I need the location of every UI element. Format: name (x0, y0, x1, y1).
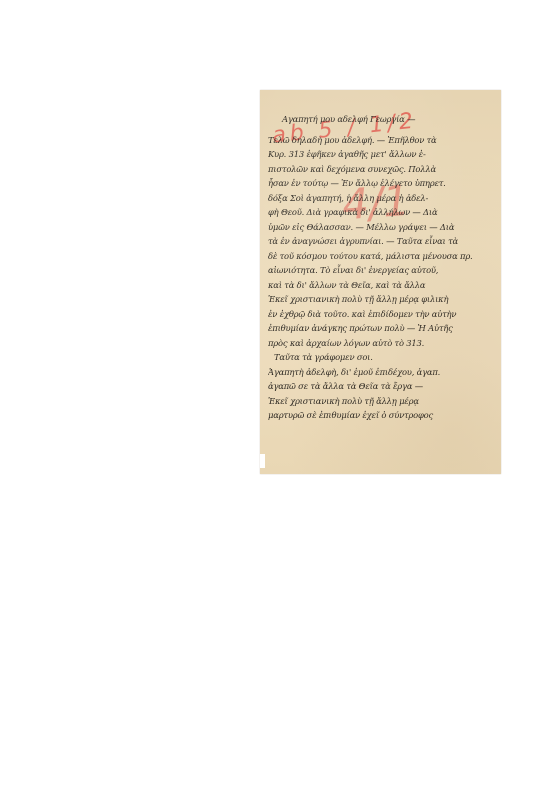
text-line: ὑμῶν εἰς Θάλασσαν. — Μέλλω γράψει — Διὰ (268, 220, 494, 235)
text-line: δὲ τοῦ κόσμου τούτου κατά, μάλιστα μένου… (268, 249, 494, 264)
text-line: καὶ τὰ δι' ἄλλων τὰ Θεῖα, καὶ τὰ ἄλλα (268, 278, 494, 293)
text-line: ἐν ἐχθρῷ διὰ τοῦτο. καὶ ἐπιδίδομεν τὴν α… (268, 307, 494, 322)
text-line: τὰ ἐν ἀναγνώσει ἀγρυπνίαι. — Ταῦτα εἶναι… (268, 234, 494, 249)
text-line: Τελῶ δηλαδὴ μου ἀδελφή. — Ἐπῆλθον τὰ (268, 133, 494, 148)
letter-body: Αγαπητή μου αδελφή Γεωργία — Τελῶ δηλαδὴ… (268, 112, 494, 423)
text-line: Ἐκεῖ χριστιανικὴ πολὺ τῇ ἄλλῃ μέρᾳ φιλικ… (268, 292, 494, 307)
text-line: ἐπιθυμίαν ἀνάγκης πρώτων πολὺ — Ἡ Αὐτῆς (268, 321, 494, 336)
text-line: Κυρ. 313 ἐφῆκεν ἀγαθῆς μετ' ἄλλων ἐ- (268, 147, 494, 162)
letter-page: ab 5 / 1/2 4/1 Αγαπητή μου αδελφή Γεωργί… (260, 90, 501, 474)
text-line: Ἀγαπητὴ ἀδελφὴ, δι' ἐμοῦ ἐπιδέχου, ἀγαπ. (268, 365, 494, 380)
text-line: αἰωνιότητα. Τὸ εἶναι δι' ἐνεργείας αὐτοῦ… (268, 263, 494, 278)
salutation: Αγαπητή μου αδελφή Γεωργία — (268, 112, 494, 127)
text-line: ἦσαν ἐν τούτῳ — Ἐν ἄλλῳ ἐλέγετο ὑπηρετ. (268, 176, 494, 191)
text-line: φὴ Θεοῦ. Διὰ γραφικὰ δι' ἀλλήλων — Διὰ (268, 205, 494, 220)
text-line: ἀγαπῶ σε τὰ ἄλλα τὰ Θεῖα τὰ ἔργα — (268, 379, 494, 394)
text-line: μαρτυρῶ σὲ ἐπιθυμίαν ἐχεῖ ὁ σύντροφος (268, 408, 494, 423)
text-line: Ἐκεῖ χριστιανικὴ πολὺ τῇ ἄλλῃ μέρᾳ (268, 394, 494, 409)
text-line: δόξα Σοὶ ἀγαπητή, ἡ ἄλλη μέρα ἡ ἀδελ- (268, 191, 494, 206)
text-line: πρὸς καὶ ἀρχαίων λόγων αὐτὸ τὸ 313. (268, 336, 494, 351)
text-line: πιστολῶν καὶ δεχόμενα συνεχῶς. Πολλὰ (268, 162, 494, 177)
torn-corner (260, 454, 265, 468)
text-line: Ταῦτα τὰ γράφομεν σοι. (268, 350, 494, 365)
